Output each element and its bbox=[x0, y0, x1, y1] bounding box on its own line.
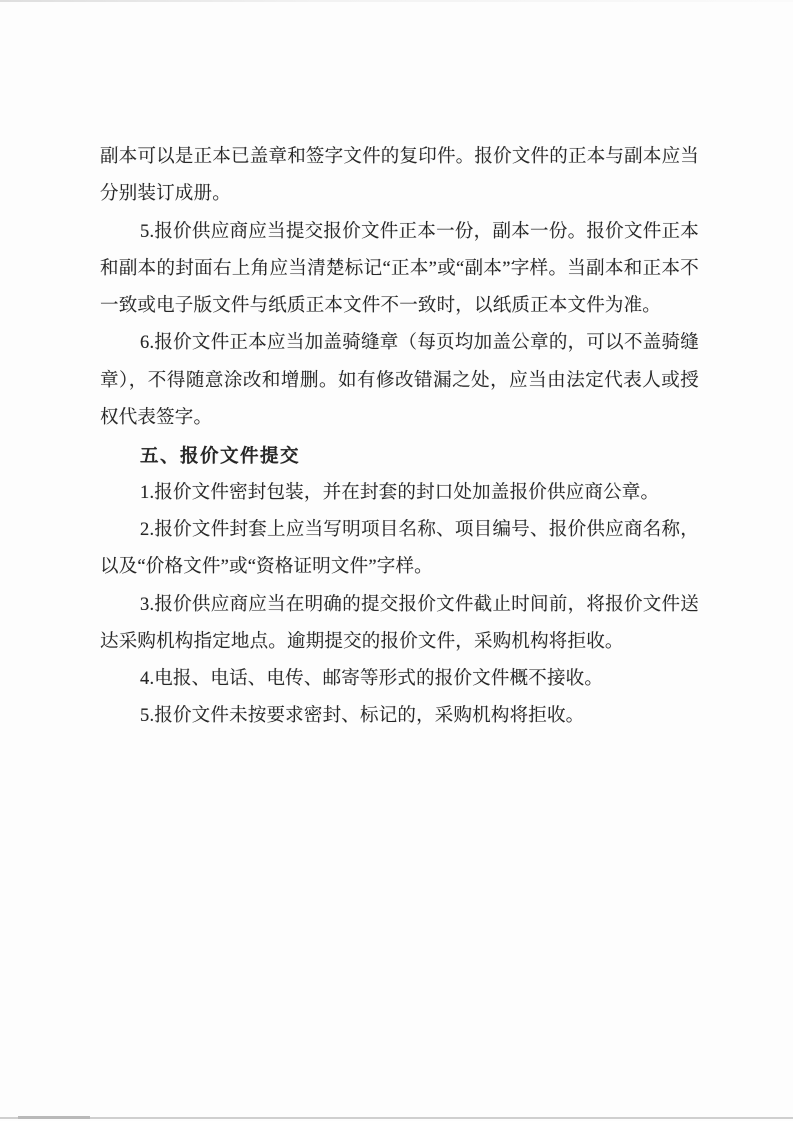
text-line: 副本可以是正本已盖章和签字文件的复印件。报价文件的正本与副本应当 bbox=[100, 139, 699, 176]
section-heading: 五、报价文件提交 bbox=[100, 437, 699, 474]
text-line: 2.报价文件封套上应当写明项目名称、项目编号、报价供应商名称， bbox=[100, 512, 699, 549]
text-line: 5.报价供应商应当提交报价文件正本一份，副本一份。报价文件正本 bbox=[100, 214, 699, 251]
scan-edge-bottom-left bbox=[18, 1116, 90, 1119]
text-line: 一致或电子版文件与纸质正本文件不一致时，以纸质正本文件为准。 bbox=[100, 288, 699, 325]
text-line: 章），不得随意涂改和增删。如有修改错漏之处，应当由法定代表人或授 bbox=[100, 363, 699, 400]
text-line: 以及“价格文件”或“资格证明文件”字样。 bbox=[100, 549, 699, 586]
text-line: 3.报价供应商应当在明确的提交报价文件截止时间前，将报价文件送 bbox=[100, 587, 699, 624]
text-line: 达采购机构指定地点。逾期提交的报价文件，采购机构将拒收。 bbox=[100, 624, 699, 661]
text-line: 分别装订成册。 bbox=[100, 176, 699, 213]
text-line: 4.电报、电话、电传、邮寄等形式的报价文件概不接收。 bbox=[100, 661, 699, 698]
text-line: 6.报价文件正本应当加盖骑缝章（每页均加盖公章的，可以不盖骑缝 bbox=[100, 325, 699, 362]
text-line: 1.报价文件密封包装，并在封套的封口处加盖报价供应商公章。 bbox=[100, 475, 699, 512]
text-line: 5.报价文件未按要求密封、标记的，采购机构将拒收。 bbox=[100, 698, 699, 735]
scan-edge-top bbox=[0, 0, 793, 2]
text-line: 权代表签字。 bbox=[100, 400, 699, 437]
text-line: 和副本的封面右上角应当清楚标记“正本”或“副本”字样。当副本和正本不 bbox=[100, 251, 699, 288]
page-body: 副本可以是正本已盖章和签字文件的复印件。报价文件的正本与副本应当分别装订成册。5… bbox=[100, 139, 699, 736]
scan-edge-bottom bbox=[0, 1117, 793, 1119]
